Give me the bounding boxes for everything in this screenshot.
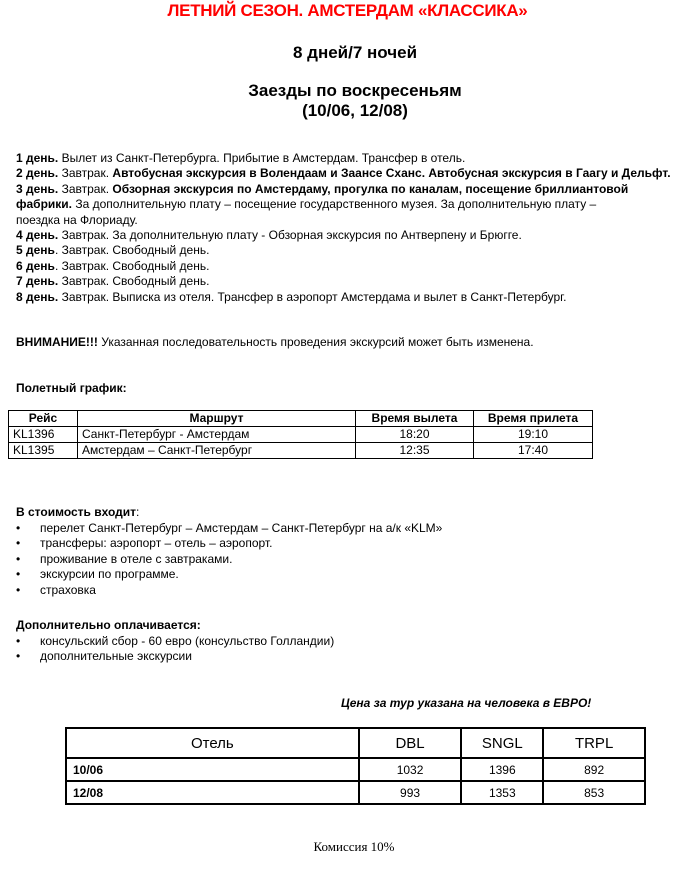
day-text: . Завтрак. Свободный день. [55, 259, 210, 273]
day-label: 7 день. [16, 274, 58, 288]
warning-note: ВНИМАНИЕ!!! Указанная последовательность… [16, 335, 534, 349]
arrivals-line-1: Заезды по воскресеньям [0, 81, 695, 101]
day-label: 3 день. [16, 182, 58, 196]
route: Санкт-Петербург - Амстердам [78, 427, 356, 443]
flight-number: KL1395 [9, 443, 78, 459]
col-route: Маршрут [78, 411, 356, 427]
included-list: перелет Санкт-Петербург – Амстердам – Са… [16, 521, 442, 598]
table-row: KL1396 Санкт-Петербург - Амстердам 18:20… [9, 427, 593, 443]
included-heading: В стоимость входит: [16, 505, 139, 519]
program-day-2: 2 день. Завтрак. Автобусная экскурсия в … [16, 166, 695, 181]
day-label: 4 день. [16, 228, 58, 242]
extra-list: консульский сбор - 60 евро (консульство … [16, 634, 334, 665]
list-item: консульский сбор - 60 евро (консульство … [16, 634, 334, 649]
flight-schedule-table: Рейс Маршрут Время вылета Время прилета … [8, 410, 593, 459]
col-sngl: SNGL [461, 728, 543, 758]
tour-title: ЛЕТНИЙ СЕЗОН. АМСТЕРДАМ «КЛАССИКА» [0, 1, 695, 21]
list-item: проживание в отеле с завтраками. [16, 552, 442, 567]
table-row: KL1395 Амстердам – Санкт-Петербург 12:35… [9, 443, 593, 459]
departure-time: 18:20 [356, 427, 474, 443]
table-row: 12/08 993 1353 853 [66, 781, 645, 804]
price-dbl: 1032 [359, 758, 462, 781]
price-dbl: 993 [359, 781, 462, 804]
tour-program: 1 день. Вылет из Санкт-Петербурга. Прибы… [16, 151, 695, 305]
price-note: Цена за тур указана на человека в ЕВРО! [341, 696, 591, 710]
arrival-time: 19:10 [474, 427, 593, 443]
col-flight: Рейс [9, 411, 78, 427]
arrivals-line-2: (10/06, 12/08) [0, 101, 695, 121]
program-day-4: 4 день. Завтрак. За дополнительную плату… [16, 228, 695, 243]
day-label: 1 день. [16, 151, 58, 165]
day-label: 8 день. [16, 290, 58, 304]
table-header-row: Отель DBL SNGL TRPL [66, 728, 645, 758]
col-departure: Время вылета [356, 411, 474, 427]
day-text: Завтрак. [58, 182, 112, 196]
day-text: Завтрак. [58, 166, 112, 180]
day-text: Завтрак. Выписка из отеля. Трансфер в аэ… [58, 290, 566, 304]
program-day-1: 1 день. Вылет из Санкт-Петербурга. Прибы… [16, 151, 695, 166]
departure-time: 12:35 [356, 443, 474, 459]
price-trpl: 892 [543, 758, 645, 781]
extra-heading: Дополнительно оплачивается: [16, 618, 201, 632]
flights-heading: Полетный график: [16, 381, 127, 395]
date: 10/06 [66, 758, 359, 781]
day-label: 5 день [16, 243, 55, 257]
route: Амстердам – Санкт-Петербург [78, 443, 356, 459]
col-arrival: Время прилета [474, 411, 593, 427]
col-hotel: Отель [66, 728, 359, 758]
included-heading-text: В стоимость входит [16, 505, 136, 519]
program-day-5: 5 день. Завтрак. Свободный день. [16, 243, 695, 258]
day-label: 6 день [16, 259, 55, 273]
warning-text: Указанная последовательность проведения … [98, 335, 534, 349]
list-item: экскурсии по программе. [16, 567, 442, 582]
price-trpl: 853 [543, 781, 645, 804]
list-item: страховка [16, 583, 442, 598]
program-day-6: 6 день. Завтрак. Свободный день. [16, 259, 695, 274]
day-text: Вылет из Санкт-Петербурга. Прибытие в Ам… [58, 151, 465, 165]
included-heading-colon: : [136, 505, 139, 519]
program-day-8: 8 день. Завтрак. Выписка из отеля. Транс… [16, 290, 695, 305]
col-trpl: TRPL [543, 728, 645, 758]
list-item: дополнительные экскурсии [16, 649, 334, 664]
day-text-bold: Автобусная экскурсия в Волендаам и Заанс… [112, 166, 670, 180]
warning-label: ВНИМАНИЕ!!! [16, 335, 98, 349]
col-dbl: DBL [359, 728, 462, 758]
day-text: Завтрак. За дополнительную плату - Обзор… [58, 228, 522, 242]
list-item: перелет Санкт-Петербург – Амстердам – Са… [16, 521, 442, 536]
flight-number: KL1396 [9, 427, 78, 443]
price-sngl: 1353 [461, 781, 543, 804]
commission-note: Комиссия 10% [0, 839, 695, 855]
price-sngl: 1396 [461, 758, 543, 781]
program-day-3: 3 день. Завтрак. Обзорная экскурсия по А… [16, 182, 636, 228]
list-item: трансферы: аэропорт – отель – аэропорт. [16, 536, 442, 551]
tour-duration: 8 дней/7 ночей [0, 43, 695, 63]
day-text: Завтрак. Свободный день. [58, 274, 209, 288]
table-header-row: Рейс Маршрут Время вылета Время прилета [9, 411, 593, 427]
price-table: Отель DBL SNGL TRPL 10/06 1032 1396 892 … [65, 727, 646, 805]
program-day-7: 7 день. Завтрак. Свободный день. [16, 274, 695, 289]
table-row: 10/06 1032 1396 892 [66, 758, 645, 781]
day-text: . Завтрак. Свободный день. [55, 243, 210, 257]
arrival-time: 17:40 [474, 443, 593, 459]
day-label: 2 день. [16, 166, 58, 180]
date: 12/08 [66, 781, 359, 804]
day-text-after: За дополнительную плату – посещение госу… [16, 197, 596, 226]
